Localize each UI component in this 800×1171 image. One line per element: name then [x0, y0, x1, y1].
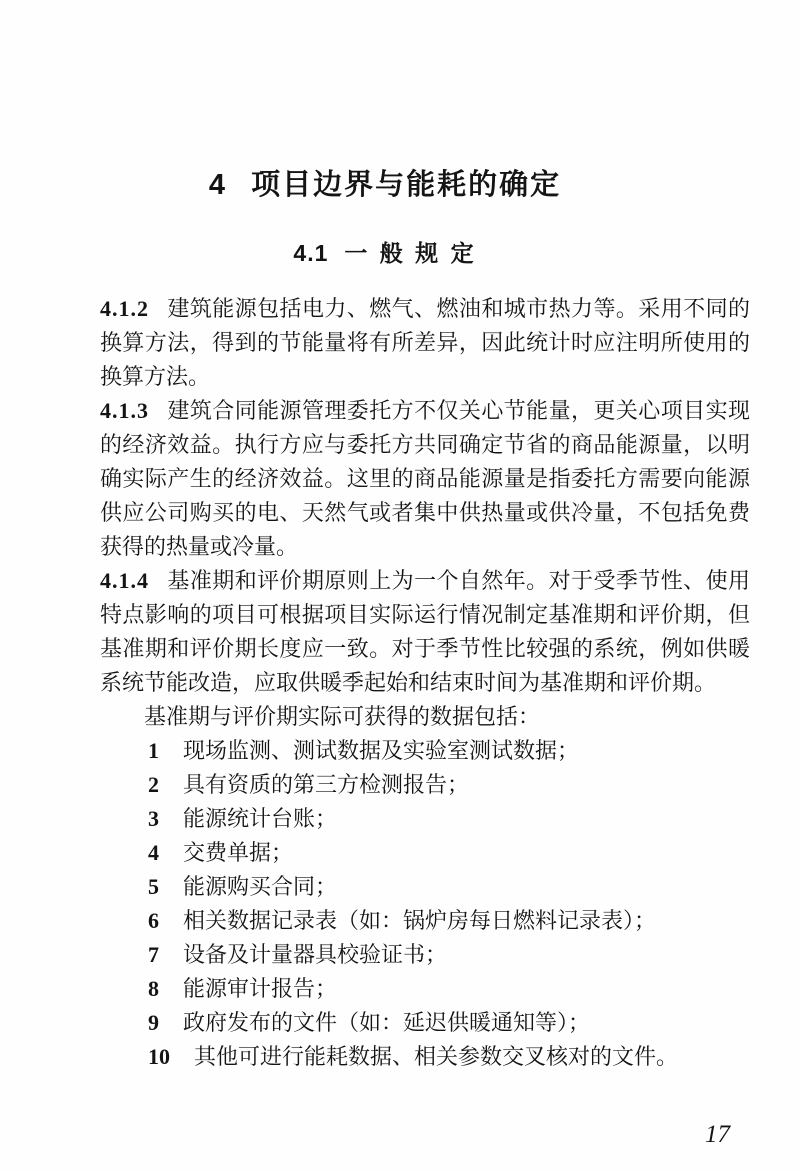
- list-item-number: 5: [148, 874, 159, 899]
- list-item-text: 能源购买合同；: [183, 874, 337, 899]
- list-item-text: 相关数据记录表（如：锅炉房每日燃料记录表）；: [183, 908, 656, 933]
- data-source-list: 1现场监测、测试数据及实验室测试数据； 2具有资质的第三方检测报告； 3能源统计…: [100, 734, 750, 1074]
- list-item-text: 交费单据；: [183, 840, 293, 865]
- list-item-text: 能源审计报告；: [183, 976, 337, 1001]
- list-item: 5能源购买合同；: [148, 870, 750, 904]
- list-item: 3能源统计台账；: [148, 802, 750, 836]
- list-item-number: 6: [148, 908, 159, 933]
- list-item-text: 设备及计量器具校验证书；: [183, 942, 447, 967]
- paragraph-text: 建筑合同能源管理委托方不仅关心节能量，更关心项目实现的经济效益。执行方应与委托方…: [100, 398, 750, 559]
- paragraph-label: 4.1.2: [100, 296, 149, 321]
- list-item: 2具有资质的第三方检测报告；: [148, 768, 750, 802]
- list-item-number: 7: [148, 942, 159, 967]
- list-item: 8能源审计报告；: [148, 972, 750, 1006]
- list-item-text: 其他可进行能耗数据、相关参数交叉核对的文件。: [194, 1044, 678, 1069]
- paragraph-text: 建筑能源包括电力、燃气、燃油和城市热力等。采用不同的换算方法，得到的节能量将有所…: [100, 296, 750, 389]
- list-item-number: 1: [148, 738, 159, 763]
- list-item-text: 具有资质的第三方检测报告；: [183, 772, 469, 797]
- list-item-text: 能源统计台账；: [183, 806, 337, 831]
- section-number: 4.1: [293, 240, 328, 266]
- section-title: 一 般 规 定: [344, 240, 476, 266]
- list-item-number: 9: [148, 1010, 159, 1035]
- list-item: 6相关数据记录表（如：锅炉房每日燃料记录表）；: [148, 904, 750, 938]
- section-heading: 4.1一 般 规 定: [100, 238, 670, 268]
- list-item-text: 现场监测、测试数据及实验室测试数据；: [183, 738, 579, 763]
- page-number: 17: [705, 1120, 730, 1150]
- list-item: 10其他可进行能耗数据、相关参数交叉核对的文件。: [148, 1040, 750, 1074]
- paragraph-text: 基准期和评价期原则上为一个自然年。对于受季节性、使用特点影响的项目可根据项目实际…: [100, 568, 750, 695]
- list-item-number: 8: [148, 976, 159, 1001]
- list-item-number: 3: [148, 806, 159, 831]
- document-page: 4项目边界与能耗的确定 4.1一 般 规 定 4.1.2建筑能源包括电力、燃气、…: [0, 0, 800, 1171]
- paragraph-label: 4.1.4: [100, 568, 149, 593]
- list-item: 1现场监测、测试数据及实验室测试数据；: [148, 734, 750, 768]
- list-item: 4交费单据；: [148, 836, 750, 870]
- chapter-heading: 4项目边界与能耗的确定: [100, 166, 670, 204]
- list-item-number: 2: [148, 772, 159, 797]
- chapter-title: 项目边界与能耗的确定: [251, 169, 561, 201]
- paragraph-4-1-4: 4.1.4基准期和评价期原则上为一个自然年。对于受季节性、使用特点影响的项目可根…: [100, 564, 750, 700]
- list-item: 9政府发布的文件（如：延迟供暖通知等）；: [148, 1006, 750, 1040]
- paragraph-4-1-3: 4.1.3建筑合同能源管理委托方不仅关心节能量，更关心项目实现的经济效益。执行方…: [100, 394, 750, 564]
- list-item: 7设备及计量器具校验证书；: [148, 938, 750, 972]
- paragraph-4-1-2: 4.1.2建筑能源包括电力、燃气、燃油和城市热力等。采用不同的换算方法，得到的节…: [100, 292, 750, 394]
- list-item-text: 政府发布的文件（如：延迟供暖通知等）；: [183, 1010, 590, 1035]
- list-item-number: 4: [148, 840, 159, 865]
- chapter-number: 4: [209, 169, 227, 201]
- paragraph-label: 4.1.3: [100, 398, 149, 423]
- list-item-number: 10: [148, 1044, 170, 1069]
- list-intro: 基准期与评价期实际可获得的数据包括：: [100, 700, 750, 734]
